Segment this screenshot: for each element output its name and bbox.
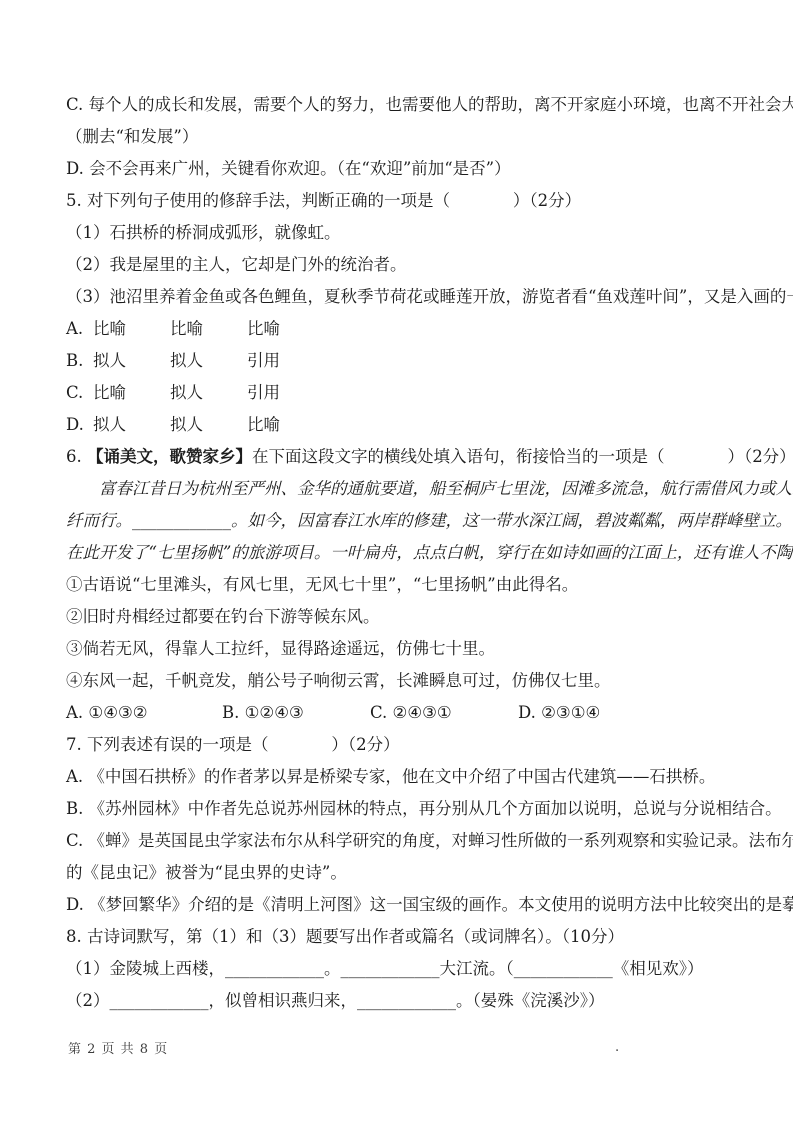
q5-option-d-col2: 拟人: [170, 409, 247, 441]
q5-option-a: A.比喻比喻比喻: [66, 313, 733, 345]
q5-item-1: （1）石拱桥的桥洞成弧形，就像虹。: [66, 217, 733, 249]
q5-item-3: （3）池沼里养着金鱼或各色鲤鱼，夏秋季节荷花或睡莲开放，游览者看“鱼戏莲叶间”，…: [66, 281, 733, 313]
exam-body: C. 每个人的成长和发展，需要个人的努力，也需要他人的帮助，离不开家庭小环境，也…: [66, 89, 733, 1017]
q5-option-a-col2: 比喻: [170, 313, 247, 345]
q5-item-2: （2）我是屋里的主人，它却是门外的统治者。: [66, 249, 733, 281]
footer-page-number: 第 2 页 共 8 页: [68, 1040, 168, 1060]
q7-option-a: A. 《中国石拱桥》的作者茅以昇是桥梁专家，他在文中介绍了中国古代建筑——石拱桥…: [66, 761, 733, 793]
q6-passage-line-1: 富春江昔日为杭州至严州、金华的通航要道，船至桐庐七里泷，因滩多流急，航行需借风力…: [66, 473, 733, 505]
q4-option-c: C. 每个人的成长和发展，需要个人的努力，也需要他人的帮助，离不开家庭小环境，也…: [66, 89, 733, 121]
q4-option-d: D. 会不会再来广州，关键看你欢迎。（在“欢迎”前加“是否”）: [66, 153, 733, 185]
q5-stem: 5. 对下列句子使用的修辞手法，判断正确的一项是（ ）（2分）: [66, 185, 733, 217]
q5-option-c-col3: 引用: [247, 377, 324, 409]
q5-option-c-col2: 拟人: [170, 377, 247, 409]
q6-stem-text: 在下面这段文字的横线处填入语句，衔接恰当的一项是（ ）（2分）: [252, 447, 793, 466]
q5-option-b-col1: 拟人: [93, 345, 170, 377]
q6-options-row: A. ①④③②B. ①②④③C. ②④③①D. ②③①④: [66, 697, 733, 729]
q5-option-a-label: A.: [66, 313, 93, 345]
q6-stem: 6. 【诵美文，歌赞家乡】在下面这段文字的横线处填入语句，衔接恰当的一项是（ ）…: [66, 441, 733, 473]
q5-option-a-col1: 比喻: [93, 313, 170, 345]
q6-sentence-3: ③倘若无风，得靠人工拉纤，显得路途遥远，仿佛七十里。: [66, 633, 733, 665]
q5-option-b-label: B.: [66, 345, 93, 377]
q4-option-c-note: （删去“和发展”）: [66, 121, 733, 153]
q7-option-d: D. 《梦回繁华》介绍的是《清明上河图》这一国宝级的画作。本文使用的说明方法中比…: [66, 889, 733, 921]
q7-stem: 7. 下列表述有误的一项是（ ）（2分）: [66, 729, 733, 761]
q5-option-c: C.比喻拟人引用: [66, 377, 733, 409]
q5-option-a-col3: 比喻: [247, 313, 324, 345]
q6-passage-line-2: 纤而行。____________。如今，因富春江水库的修建，这一带水深江阔，碧波…: [66, 505, 733, 537]
q6-number: 6.: [66, 447, 87, 466]
q6-sentence-2: ②旧时舟楫经过都要在钓台下游等候东风。: [66, 601, 733, 633]
q6-option-a: A. ①④③②: [66, 697, 222, 729]
q7-option-c-line1: C. 《蝉》是英国昆虫学家法布尔从科学研究的角度，对蝉习性所做的一系列观察和实验…: [66, 825, 733, 857]
q5-option-c-label: C.: [66, 377, 93, 409]
q6-option-d: D. ②③①④: [518, 697, 600, 729]
q6-sentence-4: ④东风一起，千帆竞发，艄公号子响彻云霄，长滩瞬息可过，仿佛仅七里。: [66, 665, 733, 697]
q6-passage-line-3: 在此开发了“七里扬帆”的旅游项目。一叶扁舟，点点白帆，穿行在如诗如画的江面上，还…: [66, 537, 733, 569]
q6-option-c: C. ②④③①: [370, 697, 518, 729]
q5-option-d-col3: 比喻: [247, 409, 324, 441]
q5-option-c-col1: 比喻: [93, 377, 170, 409]
q7-option-b: B. 《苏州园林》中作者先总说苏州园林的特点，再分别从几个方面加以说明，总说与分…: [66, 793, 733, 825]
q8-stem: 8. 古诗词默写，第（1）和（3）题要写出作者或篇名（或词牌名）。（10分）: [66, 921, 733, 953]
q5-option-b: B.拟人拟人引用: [66, 345, 733, 377]
q7-option-c-line2: 的《昆虫记》被誉为“昆虫界的史诗”。: [66, 857, 733, 889]
q8-item-1: （1）金陵城上西楼，____________。____________大江流。（…: [66, 953, 733, 985]
q5-option-d-label: D.: [66, 409, 93, 441]
q6-sentence-1: ①古语说“七里滩头，有风七里，无风七十里”，“七里扬帆”由此得名。: [66, 569, 733, 601]
q5-option-b-col3: 引用: [247, 345, 324, 377]
q6-option-b: B. ①②④③: [222, 697, 370, 729]
stray-dot-artifact: .: [615, 1038, 619, 1058]
q5-option-b-col2: 拟人: [170, 345, 247, 377]
q6-theme-tag: 【诵美文，歌赞家乡】: [87, 447, 252, 466]
q5-option-d: D.拟人拟人比喻: [66, 409, 733, 441]
q5-option-d-col1: 拟人: [93, 409, 170, 441]
q8-item-2: （2）____________，似曾相识燕归来，____________。（晏殊…: [66, 985, 733, 1017]
